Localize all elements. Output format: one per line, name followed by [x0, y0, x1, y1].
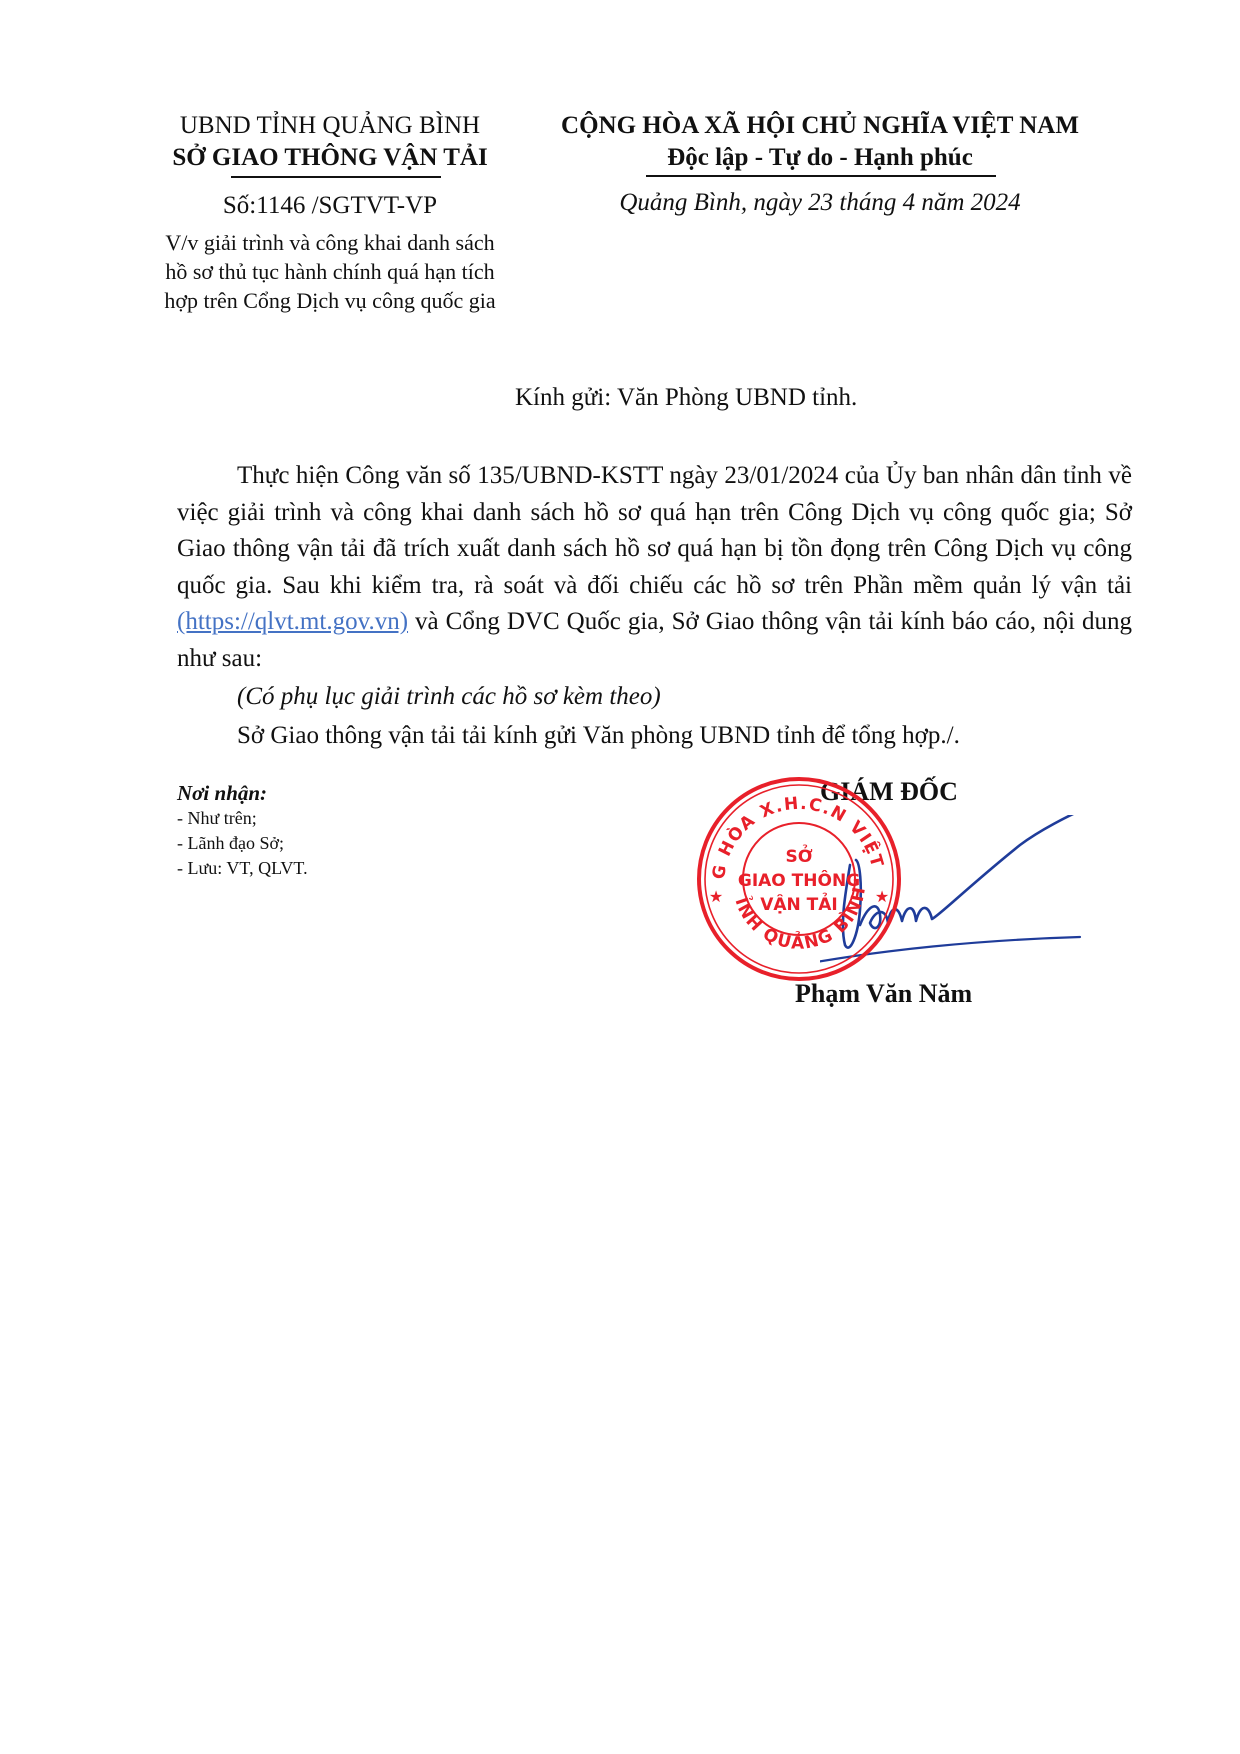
attachment-note: (Có phụ lục giải trình các hồ sơ kèm the…: [177, 679, 1132, 716]
svg-text:★: ★: [875, 887, 889, 906]
place-date: Quảng Bình, ngày 23 tháng 4 năm 2024: [520, 187, 1120, 219]
authority-name: UBND TỈNH QUẢNG BÌNH: [140, 110, 520, 142]
main-paragraph: Thực hiện Công văn số 135/UBND-KSTT ngày…: [177, 458, 1132, 677]
document-body: Thực hiện Công văn số 135/UBND-KSTT ngày…: [177, 458, 1132, 754]
qlvt-link[interactable]: (https://qlvt.mt.gov.vn): [177, 608, 408, 635]
motto-underline: [646, 175, 996, 177]
country-name: CỘNG HÒA XÃ HỘI CHỦ NGHĨA VIỆT NAM: [520, 110, 1120, 142]
national-motto: Độc lập - Tự do - Hạnh phúc: [667, 142, 973, 174]
issuing-agency-header: UBND TỈNH QUẢNG BÌNH SỞ GIAO THÔNG VẬN T…: [140, 110, 520, 315]
closing-sentence: Sở Giao thông vận tải tải kính gửi Văn p…: [177, 718, 1132, 755]
recipients-block: Nơi nhận: - Như trên; - Lãnh đạo Sở; - L…: [177, 780, 308, 881]
paragraph-text-part1: Thực hiện Công văn số 135/UBND-KSTT ngày…: [177, 462, 1132, 599]
department-name: SỞ GIAO THÔNG VẬN TẢI: [140, 142, 520, 174]
recipient-line: Kính gửi: Văn Phòng UBND tỉnh.: [515, 382, 857, 414]
recipients-title: Nơi nhận:: [177, 780, 308, 806]
document-subject: V/v giải trình và công khai danh sách hồ…: [140, 228, 520, 315]
department-underline: [231, 176, 441, 178]
signer-name: Phạm Văn Năm: [795, 978, 972, 1010]
recipient-item: - Lãnh đạo Sở;: [177, 831, 308, 856]
svg-text:VẬN TẢI: VẬN TẢI: [760, 892, 838, 915]
national-header: CỘNG HÒA XÃ HỘI CHỦ NGHĨA VIỆT NAM Độc l…: [520, 110, 1120, 219]
svg-text:GIAO THÔNG: GIAO THÔNG: [738, 869, 860, 891]
svg-text:★: ★: [709, 887, 723, 906]
document-number: Số:1146 /SGTVT-VP: [140, 190, 520, 222]
recipient-item: - Như trên;: [177, 806, 308, 831]
official-seal-icon: CỘNG HÒA X.H.C.N VIỆT NAM TỈNH QUẢNG BÌN…: [694, 774, 904, 984]
recipient-item: - Lưu: VT, QLVT.: [177, 856, 308, 881]
svg-text:SỞ: SỞ: [785, 843, 812, 867]
